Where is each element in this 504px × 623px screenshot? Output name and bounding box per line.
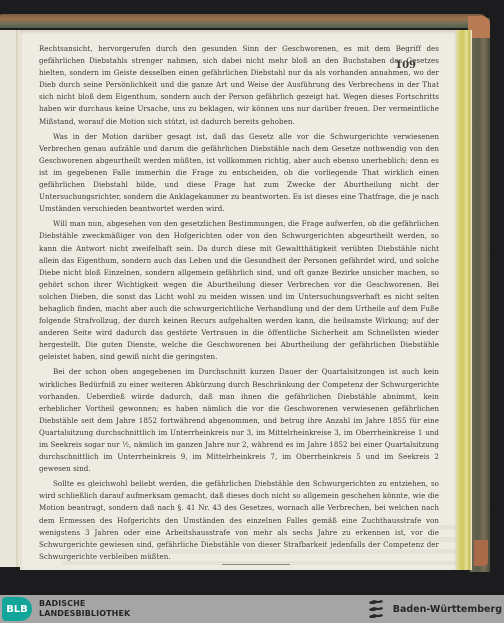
- baden-wuerttemberg-logo[interactable]: Baden-Württemberg: [366, 598, 502, 620]
- state-name: Baden-Württemberg: [393, 604, 502, 615]
- footer-bar: BLB BADISCHE LANDESBIBLIOTHEK Baden-Würt…: [0, 595, 504, 623]
- paragraph: Was in der Motion darüber gesagt ist, da…: [39, 131, 439, 216]
- library-name-line2: LANDESBIBLIOTHEK: [39, 609, 130, 619]
- body-text: Rechtsansicht, hervorgerufen durch den g…: [39, 43, 439, 566]
- paragraph: Sollte es gleichwohl beliebt werden, die…: [39, 478, 439, 563]
- page-block-edges: [456, 30, 472, 570]
- blb-logo[interactable]: BLB BADISCHE LANDESBIBLIOTHEK: [0, 595, 130, 623]
- library-name: BADISCHE LANDESBIBLIOTHEK: [39, 599, 130, 619]
- book-cover-top-edge: [0, 14, 486, 28]
- library-name-line1: BADISCHE: [39, 599, 130, 609]
- paragraph: Bei der schon oben angegebenen im Durchs…: [39, 366, 439, 475]
- book-corner-bottom-right: [474, 540, 488, 566]
- paragraph: Will man nun, abgesehen von den gesetzli…: [39, 218, 439, 363]
- paragraph: Rechtsansicht, hervorgerufen durch den g…: [39, 43, 439, 128]
- previous-page-edge: [0, 30, 17, 567]
- book-cover-right-edge: [470, 18, 490, 572]
- scan-viewer: 109 Rechtsansicht, hervorgerufen durch d…: [0, 0, 504, 595]
- blb-badge-icon: BLB: [2, 597, 32, 621]
- three-lions-icon: [366, 598, 386, 620]
